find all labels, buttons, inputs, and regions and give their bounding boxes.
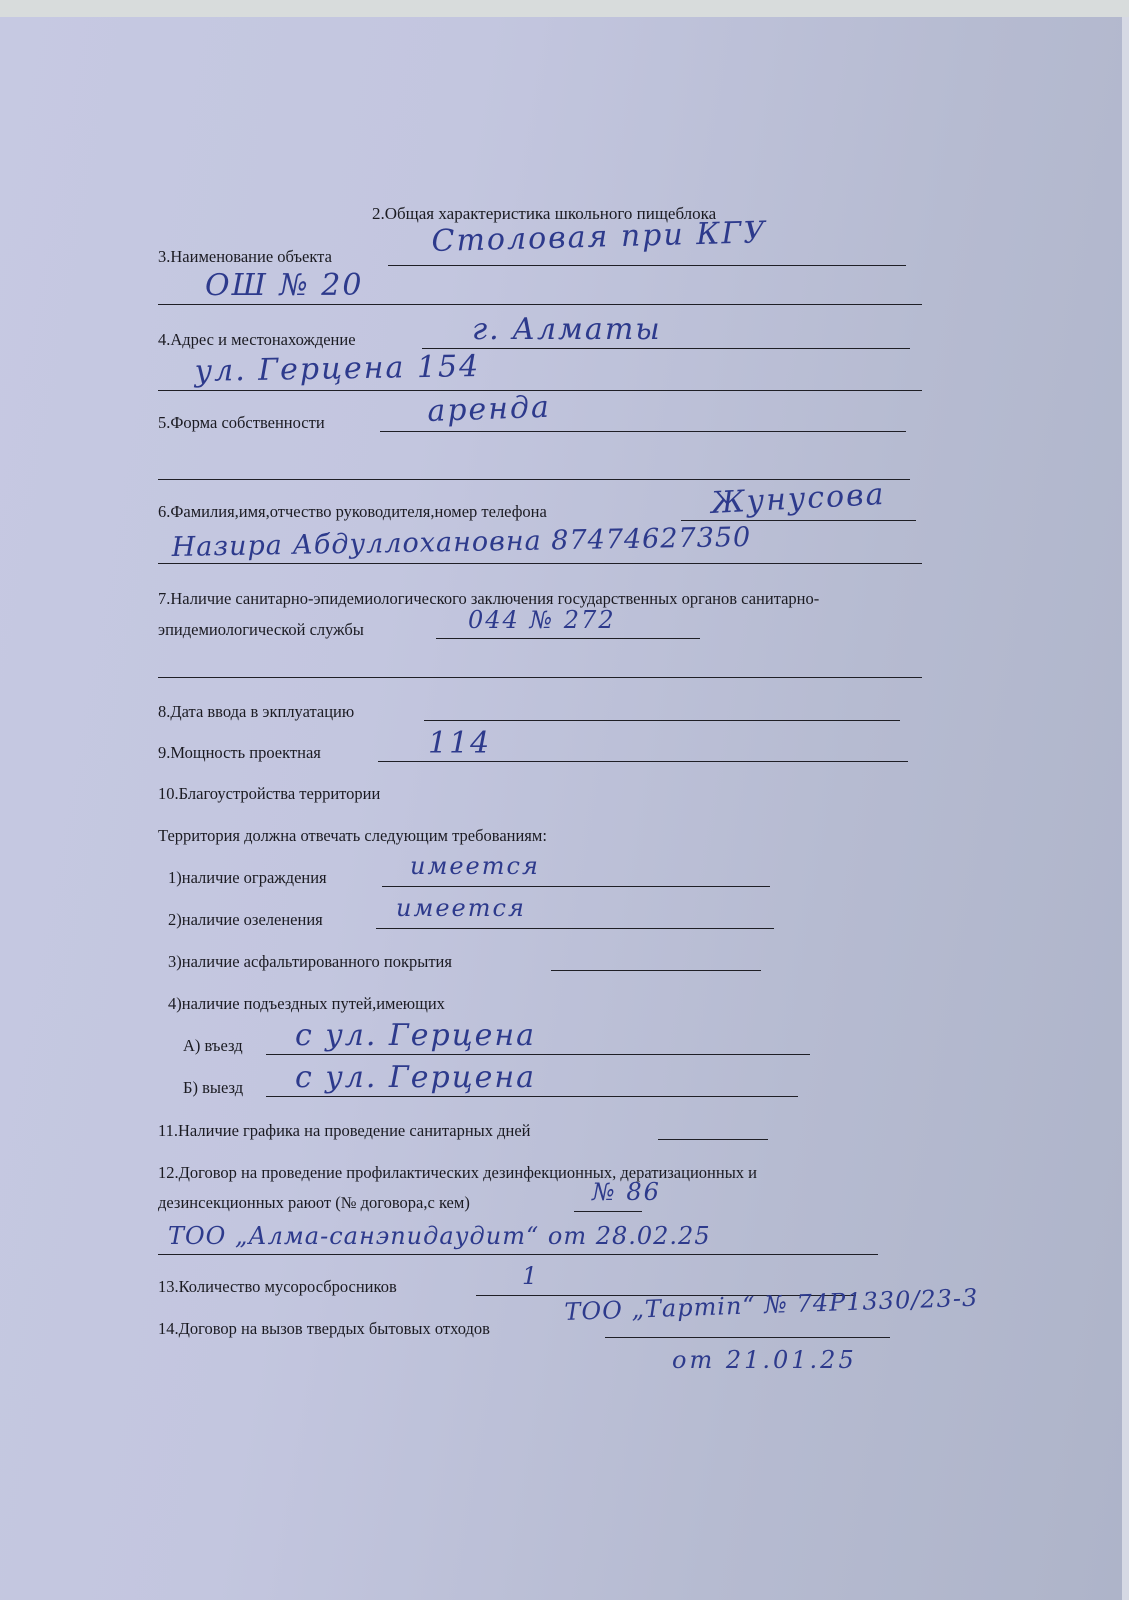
- sanitary-days-label: 11.Наличие графика на проведение санитар…: [158, 1121, 531, 1141]
- disinfection-contract-number: № 86: [592, 1178, 661, 1206]
- exit-label: Б) выезд: [183, 1078, 243, 1098]
- commissioning-date-field[interactable]: [424, 720, 900, 721]
- entry-field[interactable]: [266, 1054, 810, 1055]
- waste-contract-field[interactable]: [605, 1337, 890, 1338]
- design-capacity-value: 114: [428, 726, 491, 761]
- exit-field[interactable]: [266, 1096, 798, 1097]
- paper-edge: [1122, 17, 1129, 1600]
- disinfection-contract-field-2[interactable]: [158, 1254, 878, 1255]
- address-field-line-1[interactable]: [422, 348, 910, 349]
- object-name-value-2: ОШ № 20: [205, 268, 363, 303]
- commissioning-date-label: 8.Дата ввода в экплуатацию: [158, 702, 354, 722]
- sanitary-conclusion-field-line-1[interactable]: [436, 638, 700, 639]
- entry-label: А) въезд: [183, 1036, 243, 1056]
- object-name-field-line-1[interactable]: [388, 265, 906, 266]
- address-label: 4.Адрес и местонахождение: [158, 330, 356, 350]
- greenery-label: 2)наличие озеленения: [168, 910, 323, 930]
- address-value-2: ул. Герцена 154: [194, 349, 480, 389]
- garbage-chutes-value: 1: [522, 1262, 539, 1290]
- territory-label: 10.Благоустройства территории: [158, 784, 380, 804]
- sanitary-conclusion-value: 044 № 272: [468, 606, 616, 634]
- ownership-field-line-1[interactable]: [380, 431, 906, 432]
- design-capacity-field[interactable]: [378, 761, 908, 762]
- fence-field[interactable]: [382, 886, 770, 887]
- asphalt-label: 3)наличие асфальтированного покрытия: [168, 952, 452, 972]
- greenery-value: имеется: [396, 894, 526, 922]
- entry-value: с ул. Герцена: [295, 1018, 536, 1053]
- disinfection-contract-label-1: 12.Договор на проведение профилактически…: [158, 1163, 757, 1183]
- disinfection-contract-value: ТОО „Алма-санэпидаудит“ от 28.02.25: [168, 1222, 711, 1250]
- greenery-field[interactable]: [376, 928, 774, 929]
- exit-value: с ул. Герцена: [295, 1060, 536, 1095]
- ownership-label: 5.Форма собственности: [158, 413, 325, 433]
- asphalt-field[interactable]: [551, 970, 761, 971]
- garbage-chutes-label: 13.Количество мусоросбросников: [158, 1277, 397, 1297]
- sanitary-conclusion-label-2: эпидемиологической службы: [158, 620, 364, 640]
- design-capacity-label: 9.Мощность проектная: [158, 743, 321, 763]
- territory-requirements-intro: Территория должна отвечать следующим тре…: [158, 826, 547, 846]
- address-value-1: г. Алматы: [472, 312, 662, 347]
- waste-contract-value-2: от 21.01.25: [672, 1346, 857, 1374]
- fence-label: 1)наличие ограждения: [168, 868, 327, 888]
- waste-contract-label: 14.Договор на вызов твердых бытовых отхо…: [158, 1319, 490, 1339]
- disinfection-contract-label-2: дезинсекционных раюот (№ договора,с кем): [158, 1193, 470, 1213]
- ownership-value: аренда: [427, 390, 552, 429]
- manager-label: 6.Фамилия,имя,отчество руководителя,номе…: [158, 502, 547, 522]
- manager-field-line-2[interactable]: [158, 563, 922, 564]
- disinfection-contract-field-1[interactable]: [574, 1211, 642, 1212]
- background-strip: [0, 0, 1129, 17]
- object-name-label: 3.Наименование объекта: [158, 247, 332, 267]
- access-roads-label: 4)наличие подъездных путей,имеющих: [168, 994, 445, 1014]
- ownership-field-line-2[interactable]: [158, 479, 910, 480]
- sanitary-days-field[interactable]: [658, 1139, 768, 1140]
- object-name-field-line-2[interactable]: [158, 304, 922, 305]
- fence-value: имеется: [410, 852, 540, 880]
- sanitary-conclusion-field-line-2[interactable]: [158, 677, 922, 678]
